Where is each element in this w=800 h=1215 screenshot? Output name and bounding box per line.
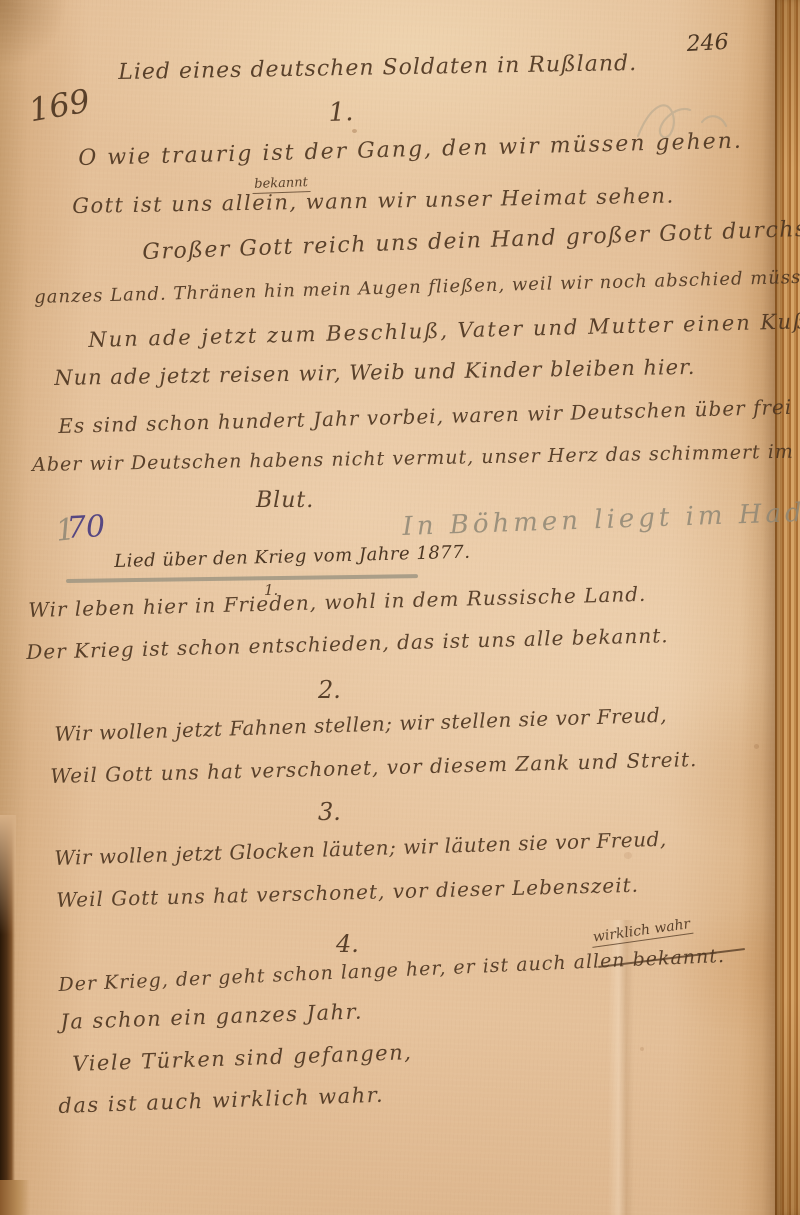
handwritten-line: O wie traurig ist der Gang, den wir müss… bbox=[78, 129, 743, 171]
handwritten-line: Wir wollen jetzt Glocken läuten; wir läu… bbox=[54, 827, 667, 870]
margin-entry-number-169: 169 bbox=[26, 81, 93, 129]
page-curl-shadow bbox=[741, 0, 775, 1215]
song1-title: Lied eines deutschen Soldaten in Rußland… bbox=[118, 51, 637, 85]
manuscript-page: 246 169 Lied eines deutschen Soldaten in… bbox=[0, 0, 800, 1215]
stanza-number: 2. bbox=[318, 676, 341, 704]
stanza-number: 4. bbox=[336, 930, 359, 958]
page-number: 246 bbox=[686, 30, 729, 57]
handwritten-line: Ja schon ein ganzes Jahr. bbox=[60, 999, 363, 1034]
handwritten-line: Blut. bbox=[256, 488, 314, 513]
handwritten-line: Nun ade jetzt zum Beschluß, Vater und Mu… bbox=[88, 309, 800, 352]
handwritten-line: Gott ist uns allein, wann wir unser Heim… bbox=[72, 183, 675, 218]
inline-insertion: wirklich wahr bbox=[590, 916, 693, 948]
foxing-spot bbox=[754, 744, 759, 749]
song1-stanza-number: 1. bbox=[328, 97, 354, 128]
handwritten-line: das ist auch wirklich wahr. bbox=[58, 1083, 384, 1118]
foxing-spot bbox=[640, 1047, 644, 1051]
handwritten-line: Weil Gott uns hat verschonet, vor dieser… bbox=[56, 873, 639, 912]
song2-title: Lied über den Krieg vom Jahre 1877. bbox=[114, 542, 471, 572]
foxing-spot bbox=[624, 852, 632, 859]
margin-number-ink: 70 bbox=[66, 509, 106, 546]
handwritten-line: Wir leben hier in Frieden, wohl in dem R… bbox=[28, 582, 647, 622]
handwritten-line: Es sind schon hundert Jahr vorbei, waren… bbox=[58, 395, 793, 438]
book-fore-edge bbox=[775, 0, 800, 1215]
binding-edge-fade bbox=[0, 815, 16, 935]
handwritten-line: Aber wir Deutschen habens nicht vermut, … bbox=[32, 441, 794, 476]
foxing-spot bbox=[352, 129, 357, 133]
handwritten-line: Wir wollen jetzt Fahnen stellen; wir ste… bbox=[54, 703, 667, 746]
handwritten-line: Viele Türken sind gefangen, bbox=[72, 1040, 413, 1076]
binding-foot bbox=[0, 1180, 30, 1215]
title-underline bbox=[66, 574, 418, 583]
handwritten-line: Weil Gott uns hat verschonet, vor diesem… bbox=[50, 747, 698, 788]
handwritten-line: Der Krieg ist schon entschieden, das ist… bbox=[26, 623, 669, 664]
handwritten-line: Nun ade jetzt reisen wir, Weib und Kinde… bbox=[54, 355, 696, 390]
handwritten-line: ganzes Land. Thränen hin mein Augen flie… bbox=[34, 266, 800, 308]
handwritten-line: Großer Gott reich uns dein Hand großer G… bbox=[142, 217, 800, 265]
stanza-number: 3. bbox=[318, 798, 341, 826]
